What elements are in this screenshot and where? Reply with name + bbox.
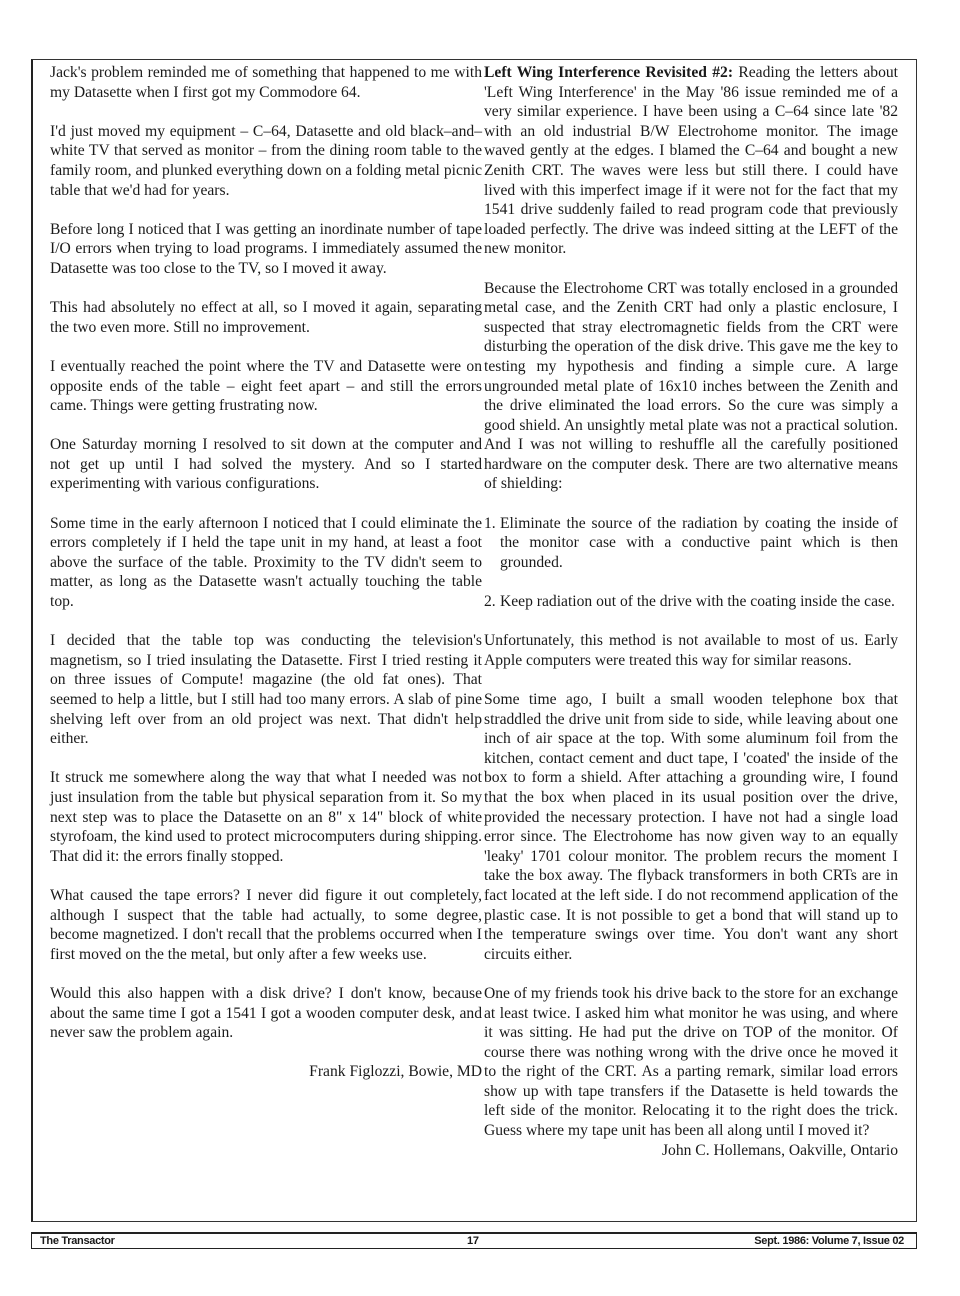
paragraph: I decided that the table top was conduct…	[50, 631, 482, 749]
paragraph: This had absolutely no effect at all, so…	[50, 298, 482, 337]
paragraph: Because the Electrohome CRT was totally …	[484, 279, 898, 495]
paragraph: Jack's problem reminded me of something …	[50, 63, 482, 102]
paragraph: Would this also happen with a disk drive…	[50, 984, 482, 1043]
list-text: Eliminate the source of the radiation by…	[500, 514, 898, 573]
paragraph: Unfortunately, this method is not availa…	[484, 631, 898, 670]
publication-name: The Transactor	[40, 1235, 115, 1247]
list-item: 2. Keep radiation out of the drive with …	[484, 592, 898, 612]
intro-text: Reading the letters about 'Left Wing Int…	[484, 64, 898, 257]
list-item: 1. Eliminate the source of the radiation…	[484, 514, 898, 573]
list-number: 1.	[484, 514, 500, 573]
paragraph: One of my friends took his drive back to…	[484, 984, 898, 1141]
article-frame: Jack's problem reminded me of something …	[31, 59, 917, 1222]
list-text: Keep radiation out of the drive with the…	[500, 592, 898, 612]
paragraph: I eventually reached the point where the…	[50, 357, 482, 416]
page-number: 17	[467, 1235, 479, 1247]
paragraph: One Saturday morning I resolved to sit d…	[50, 435, 482, 494]
paragraph: Before long I noticed that I was getting…	[50, 220, 482, 279]
paragraph: I'd just moved my equipment – C–64, Data…	[50, 122, 482, 200]
paragraph: Some time ago, I built a small wooden te…	[484, 690, 898, 964]
right-column: Left Wing Interference Revisited #2: Rea…	[484, 63, 898, 1180]
list-number: 2.	[484, 592, 500, 612]
author-signature: Frank Figlozzi, Bowie, MD	[50, 1062, 482, 1082]
paragraph: It struck me somewhere along the way tha…	[50, 768, 482, 866]
paragraph: What caused the tape errors? I never did…	[50, 886, 482, 964]
paragraph: Left Wing Interference Revisited #2: Rea…	[484, 63, 898, 259]
page-footer: The Transactor 17 Sept. 1986: Volume 7, …	[31, 1232, 917, 1249]
section-heading: Left Wing Interference Revisited #2:	[484, 64, 733, 81]
author-signature: John C. Hollemans, Oakville, Ontario	[484, 1141, 898, 1161]
paragraph: Some time in the early afternoon I notic…	[50, 514, 482, 612]
issue-info: Sept. 1986: Volume 7, Issue 02	[754, 1235, 904, 1247]
left-column: Jack's problem reminded me of something …	[50, 63, 482, 1101]
